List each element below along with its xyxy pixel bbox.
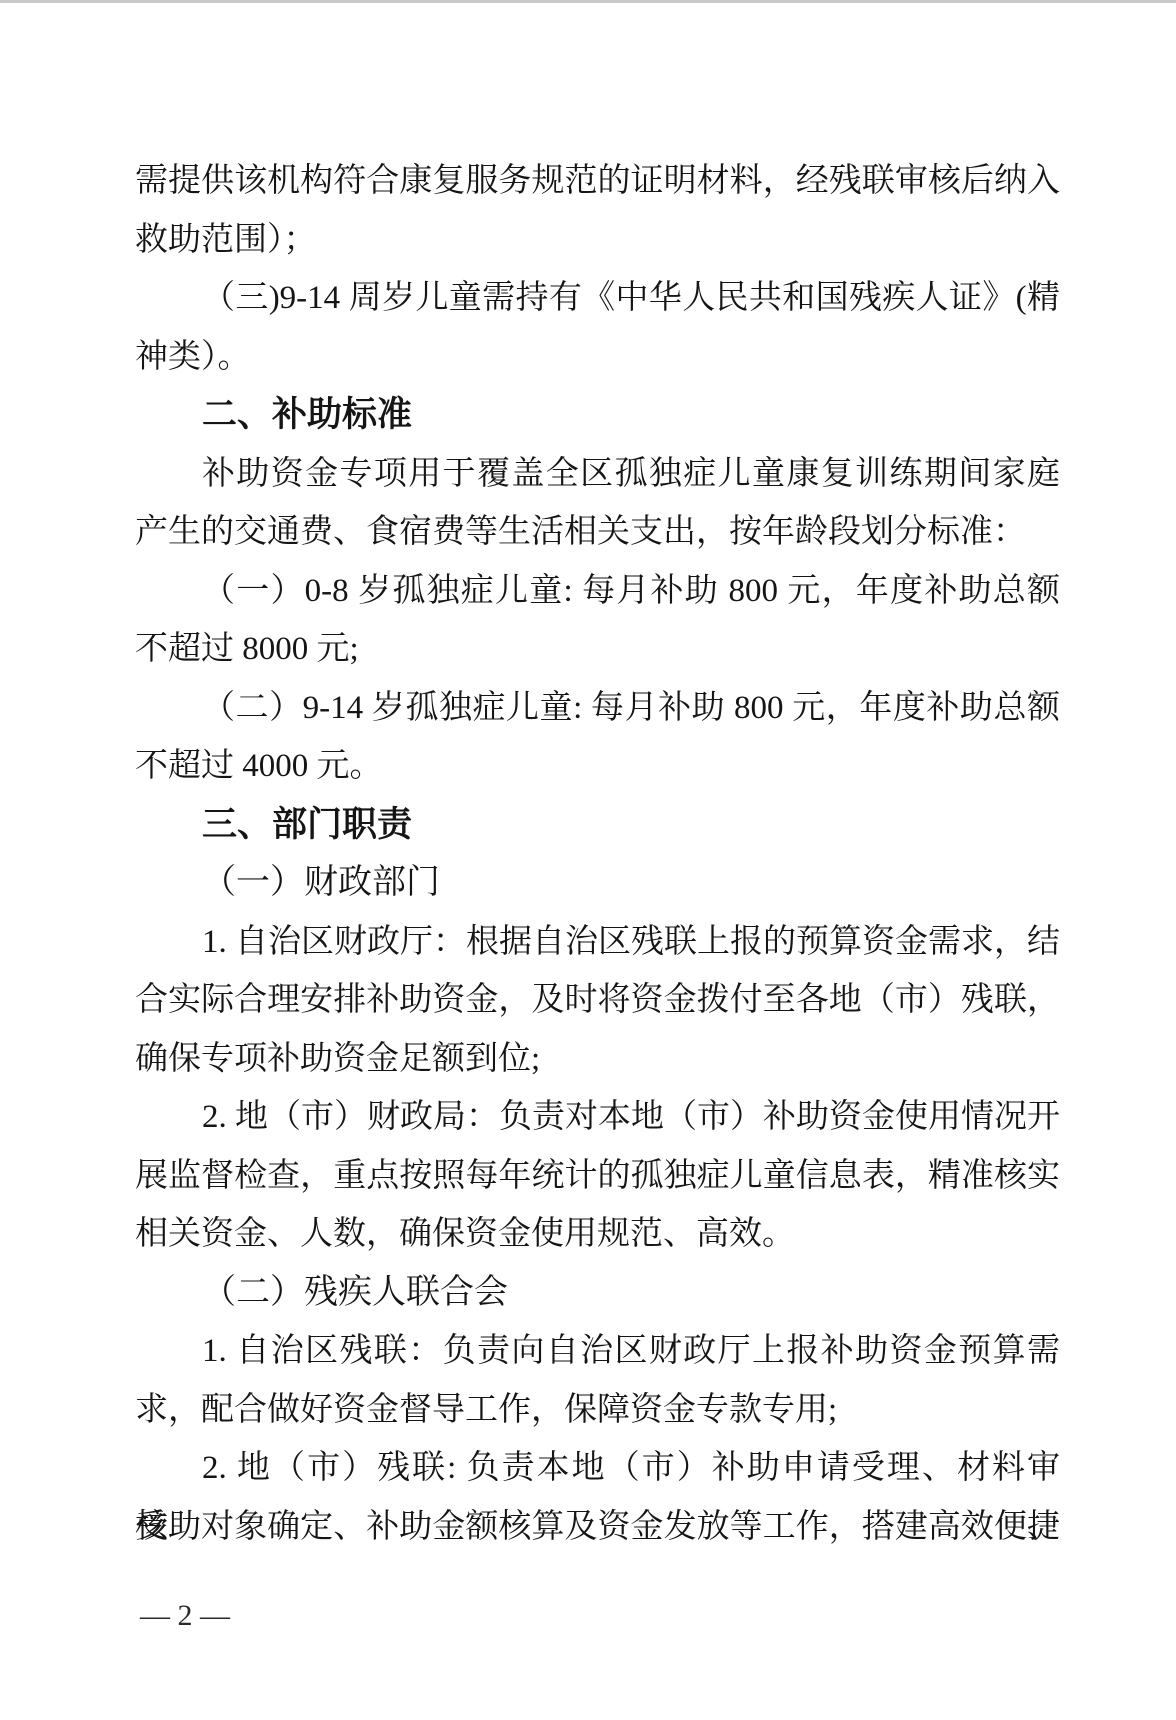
heading-subsidy-standards: 二、补助标准 (135, 386, 1060, 445)
doc-line-federation-duty-1: 1. 自治区残联：负责向自治区财政厅上报补助资金预算需 (135, 1322, 1060, 1381)
doc-line: 求，配合做好资金督导工作，保障资金专款专用; (135, 1381, 1060, 1440)
doc-line: 确保专项补助资金足额到位; (135, 1030, 1060, 1089)
doc-line: 不超过 4000 元。 (135, 737, 1060, 796)
doc-line-finance-duty-1: 1. 自治区财政厅：根据自治区残联上报的预算资金需求，结 (135, 913, 1060, 972)
doc-line: 需提供该机构符合康复服务规范的证明材料，经残联审核后纳入 (135, 152, 1060, 211)
doc-line: 相关资金、人数，确保资金使用规范、高效。 (135, 1205, 1060, 1264)
document-page-body: 需提供该机构符合康复服务规范的证明材料，经残联审核后纳入 救助范围）； （三)9… (135, 152, 1060, 1556)
doc-line-item-age-0-8: （一）0-8 岁孤独症儿童: 每月补助 800 元，年度补助总额 (135, 562, 1060, 621)
doc-line: 合实际合理安排补助资金，及时将资金拨付至各地（市）残联， (135, 971, 1060, 1030)
page-number: — 2 — (140, 1596, 230, 1636)
doc-line: 不超过 8000 元; (135, 620, 1060, 679)
doc-line: 救助范围）； (135, 211, 1060, 270)
doc-line: 补助资金专项用于覆盖全区孤独症儿童康复训练期间家庭 (135, 445, 1060, 504)
subheading-disabled-federation: （二）残疾人联合会 (135, 1264, 1060, 1323)
doc-line-item-3: （三)9-14 周岁儿童需持有《中华人民共和国残疾人证》(精 (135, 269, 1060, 328)
doc-line: 神类）。 (135, 328, 1060, 387)
doc-line-finance-duty-2: 2. 地（市）财政局：负责对本地（市）补助资金使用情况开 (135, 1088, 1060, 1147)
doc-line: 受助对象确定、补助金额核算及资金发放等工作，搭建高效便捷 (135, 1498, 1060, 1557)
doc-line: 展监督检查，重点按照每年统计的孤独症儿童信息表，精准核实 (135, 1147, 1060, 1206)
heading-department-duties: 三、部门职责 (135, 796, 1060, 855)
subheading-finance-departments: （一）财政部门 (135, 854, 1060, 913)
doc-line-federation-duty-2: 2. 地（市）残联: 负责本地（市）补助申请受理、材料审核、 (135, 1439, 1060, 1498)
doc-line-item-age-9-14: （二）9-14 岁孤独症儿童: 每月补助 800 元，年度补助总额 (135, 679, 1060, 738)
doc-line: 产生的交通费、食宿费等生活相关支出，按年龄段划分标准： (135, 503, 1060, 562)
scan-page-top-edge (0, 0, 1176, 3)
